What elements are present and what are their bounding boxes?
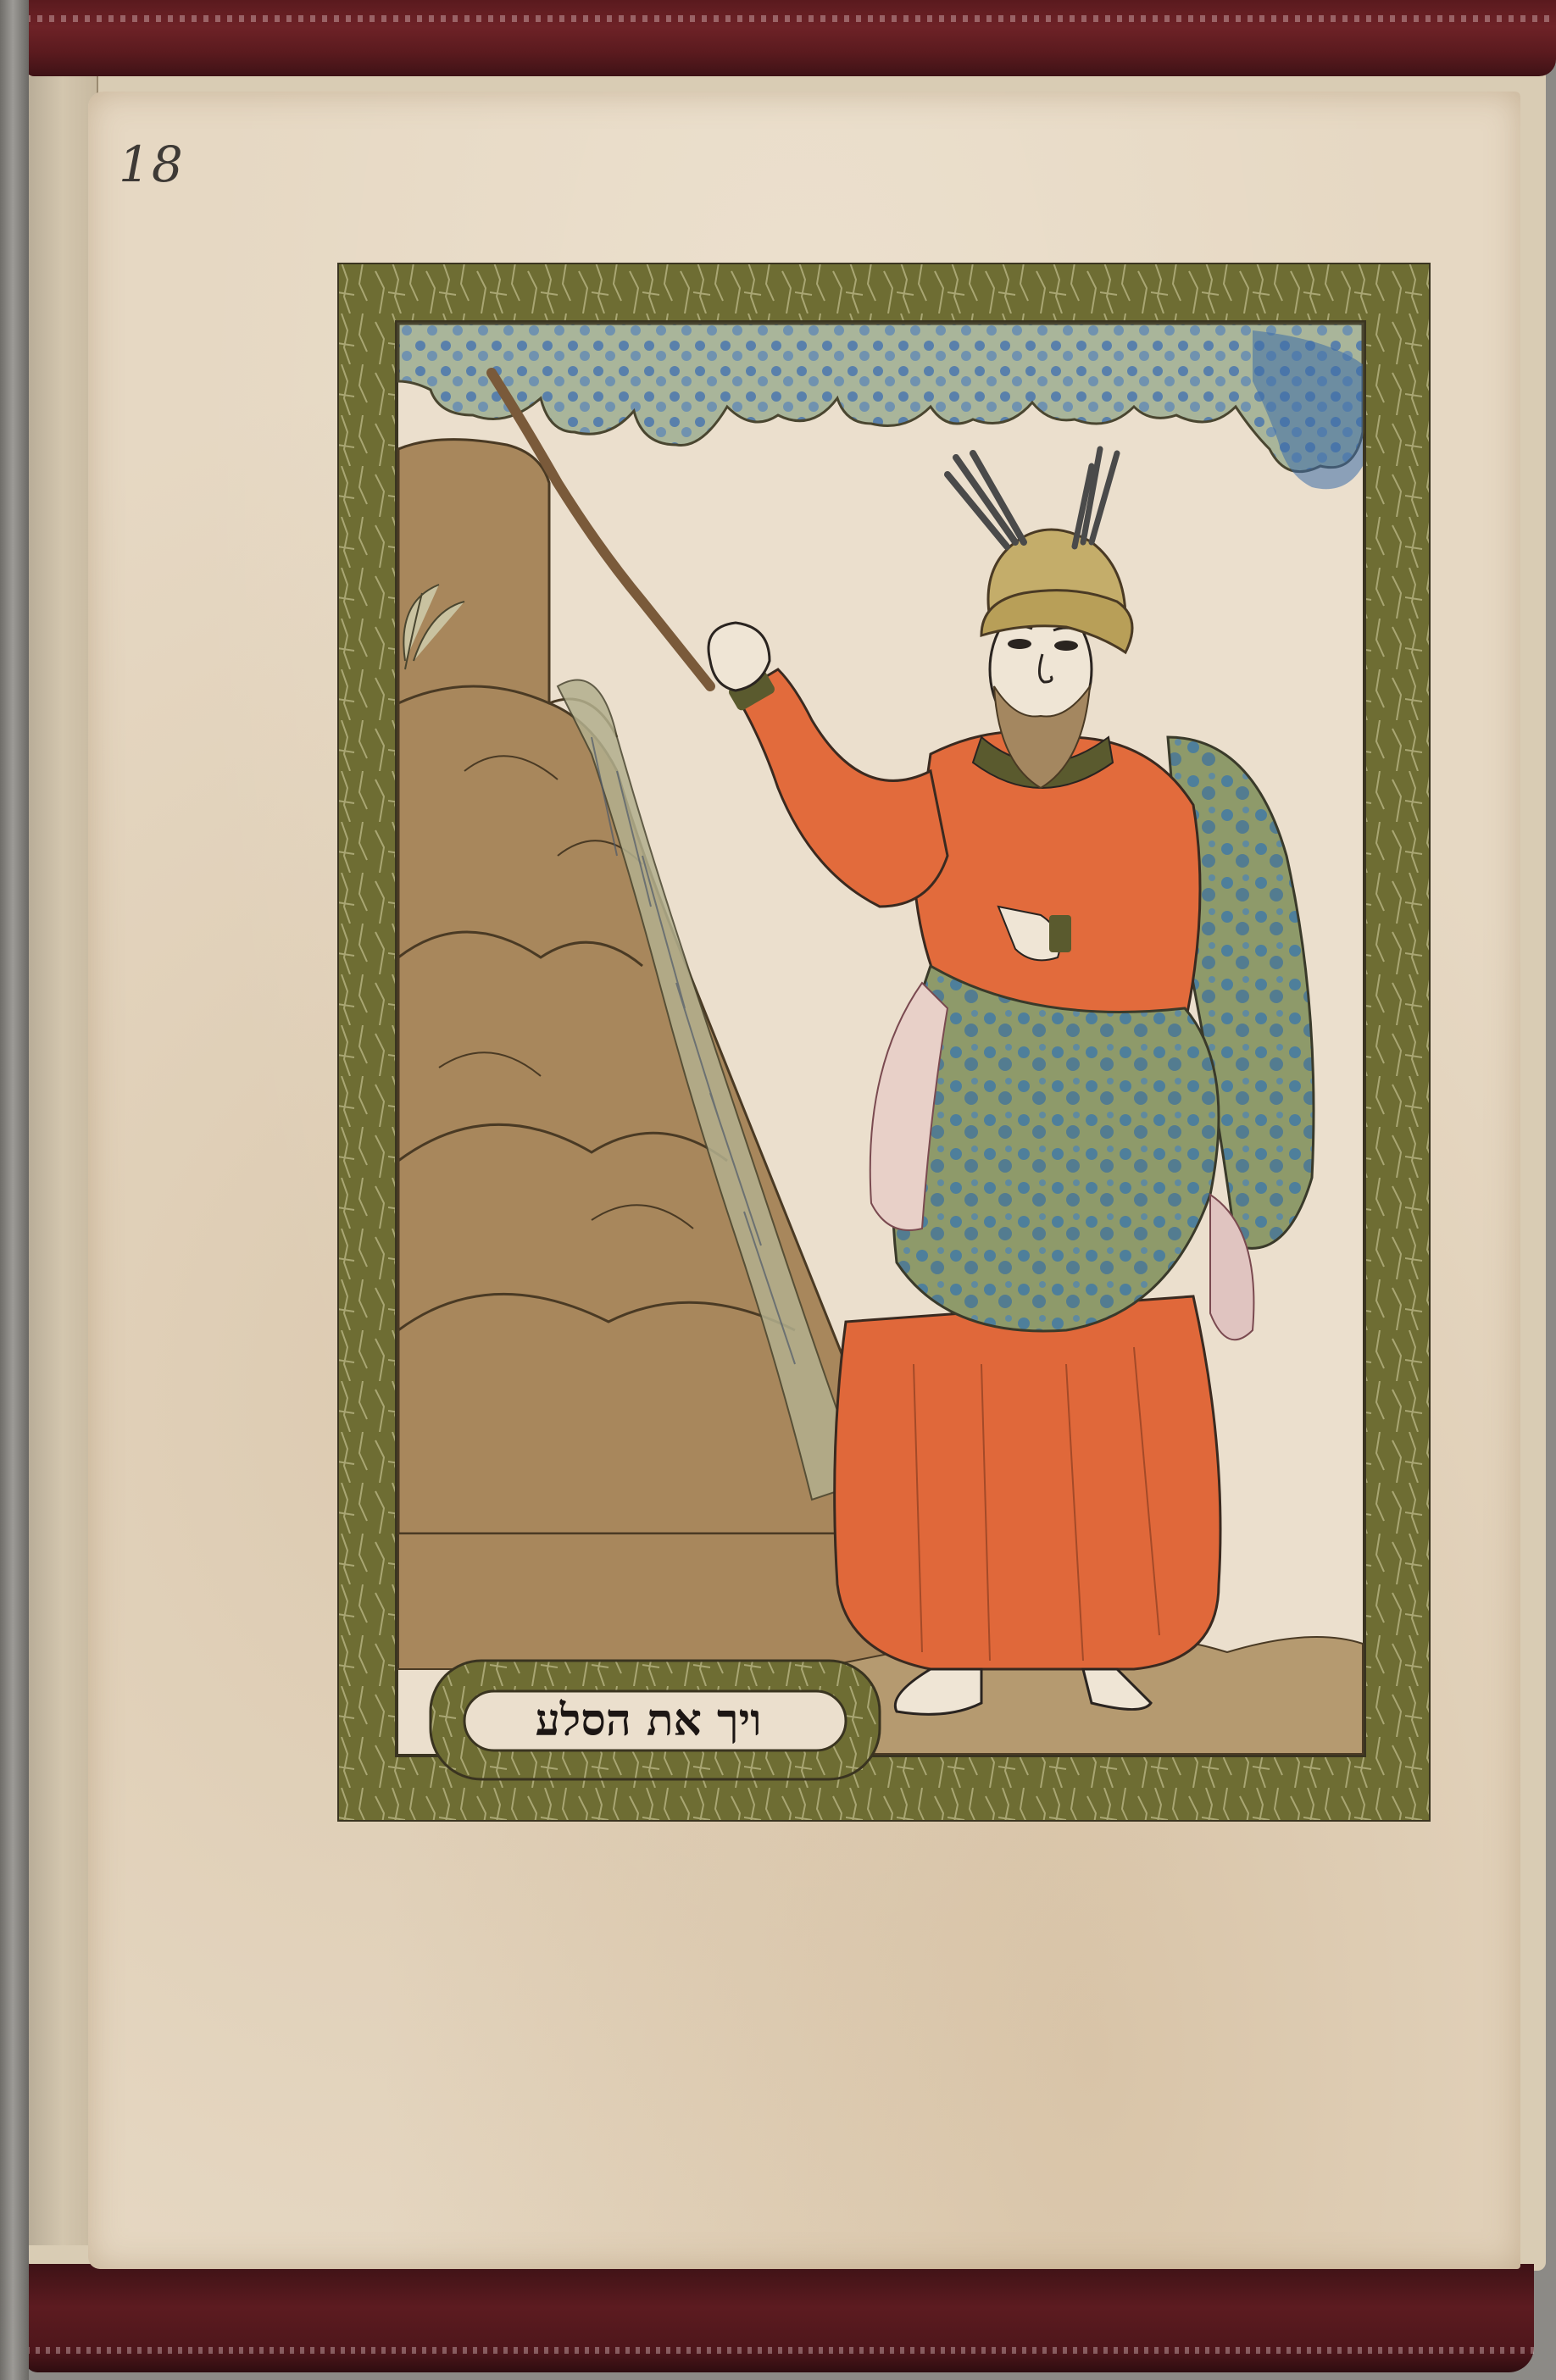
hebrew-caption: ויך את הסלע xyxy=(487,1693,809,1747)
miniature-illustration xyxy=(337,263,1431,1822)
binding-leather-bottom xyxy=(25,2264,1534,2372)
binding-leather-top xyxy=(25,0,1556,76)
folio-number: 18 xyxy=(119,136,185,193)
manuscript-scan: 18 xyxy=(0,0,1556,2380)
spine-edge xyxy=(0,0,29,2380)
